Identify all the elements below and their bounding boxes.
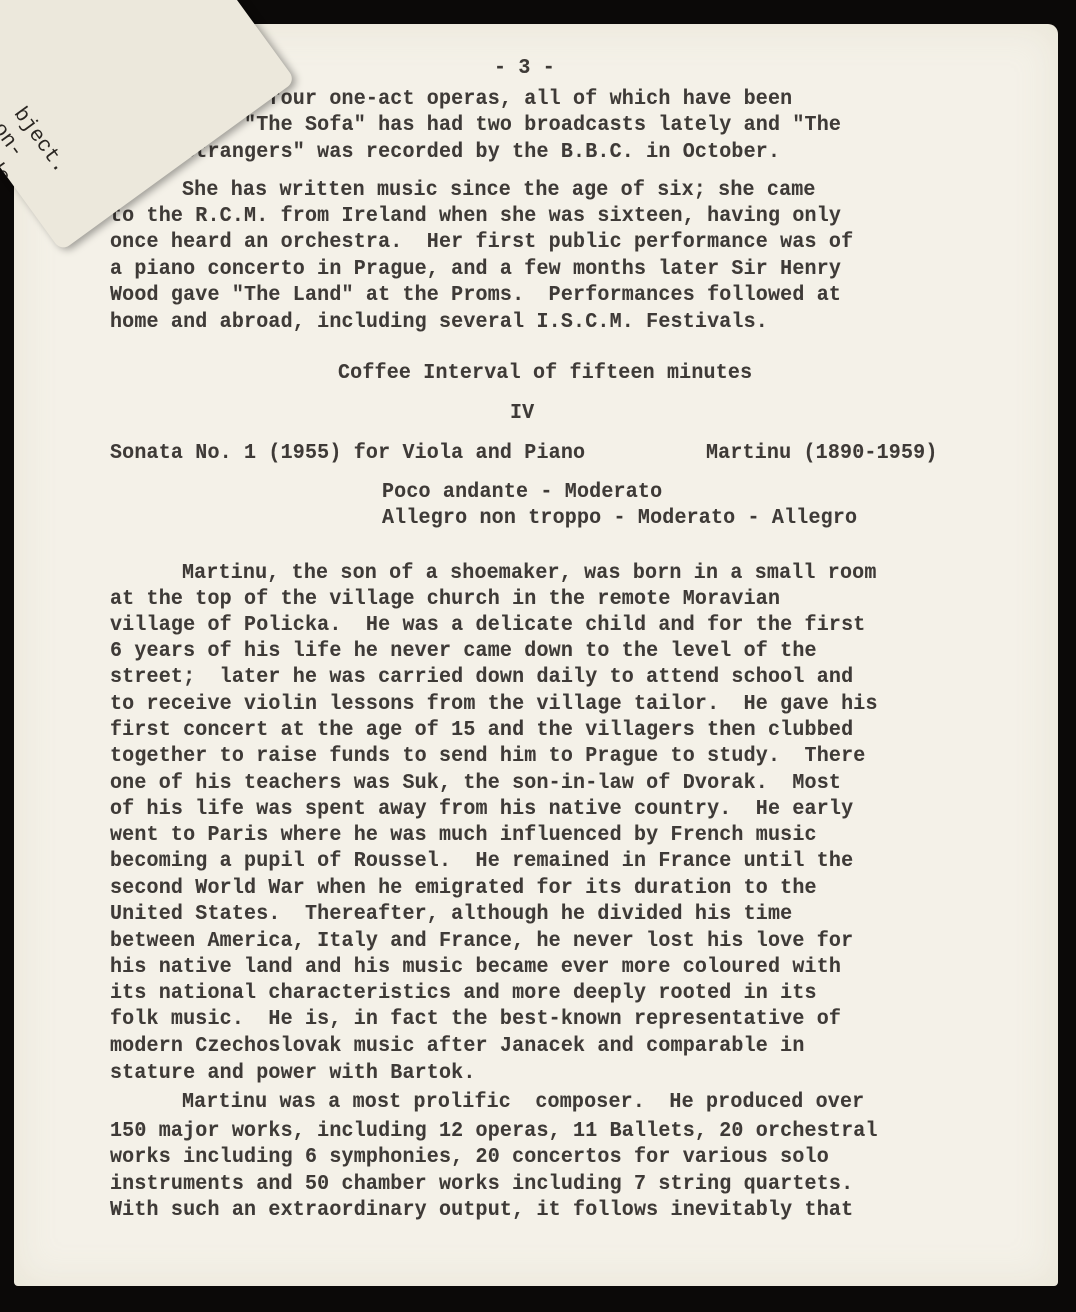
interval-heading: Coffee Interval of fifteen minutes [338,360,752,386]
paragraph-3-line: of his life was spent away from his nati… [110,796,853,822]
paragraph-2-line: Wood gave "The Land" at the Proms. Perfo… [110,282,841,308]
paragraph-4-line: With such an extraordinary output, it fo… [110,1197,853,1223]
paragraph-3-line: village of Policka. He was a delicate ch… [110,612,865,638]
paragraph-3-line: went to Paris where he was much influenc… [110,822,817,848]
paragraph-3-line: United States. Thereafter, although he d… [110,901,792,927]
paragraph-3-line: first concert at the age of 15 and the v… [110,717,853,743]
paragraph-2-line: to the R.C.M. from Ireland when she was … [110,203,841,229]
paragraph-2-line: She has written music since the age of s… [182,177,816,203]
folded-corner-text: bject. on- ondo s a [0,103,72,225]
paragraph-3-line: becoming a pupil of Roussel. He remained… [110,848,853,874]
paragraph-3-line: 6 years of his life he never came down t… [110,638,817,664]
paragraph-4-line: instruments and 50 chamber works includi… [110,1171,853,1197]
paragraph-3-line: street; later he was carried down daily … [110,664,853,690]
paragraph-3-line: Martinu, the son of a shoemaker, was bor… [182,560,877,586]
paragraph-3-line: to receive violin lessons from the villa… [110,691,878,717]
paragraph-3-line: second World War when he emigrated for i… [110,875,817,901]
paragraph-1-line: Three Strangers" was recorded by the B.B… [110,139,780,165]
paragraph-4-line: works including 6 symphonies, 20 concert… [110,1144,829,1170]
section-number: IV [510,400,534,426]
movement: Poco andante - Moderato [382,479,662,505]
paragraph-2-line: once heard an orchestra. Her first publi… [110,229,853,255]
paragraph-4-line: Martinu was a most prolific composer. He… [182,1089,864,1115]
paragraph-2-line: a piano concerto in Prague, and a few mo… [110,256,841,282]
work-composer: Martinu (1890-1959) [706,440,938,466]
page-number: - 3 - [494,55,555,81]
paragraph-2-line: home and abroad, including several I.S.C… [110,309,768,335]
paragraph-3-line: between America, Italy and France, he ne… [110,928,853,954]
paragraph-3-line: its national characteristics and more de… [110,980,817,1006]
paragraph-3-line: one of his teachers was Suk, the son-in-… [110,770,841,796]
paragraph-4-line: 150 major works, including 12 operas, 11… [110,1118,878,1144]
paragraph-3-line: modern Czechoslovak music after Janacek … [110,1033,805,1059]
paragraph-3-line: together to raise funds to send him to P… [110,743,865,769]
work-title: Sonata No. 1 (1955) for Viola and Piano [110,440,585,466]
paragraph-3-line: stature and power with Bartok. [110,1060,476,1086]
paragraph-3-line: folk music. He is, in fact the best-know… [110,1006,841,1032]
paragraph-3-line: at the top of the village church in the … [110,586,780,612]
movement: Allegro non troppo - Moderato - Allegro [382,505,857,531]
paragraph-3-line: his native land and his music became eve… [110,954,841,980]
